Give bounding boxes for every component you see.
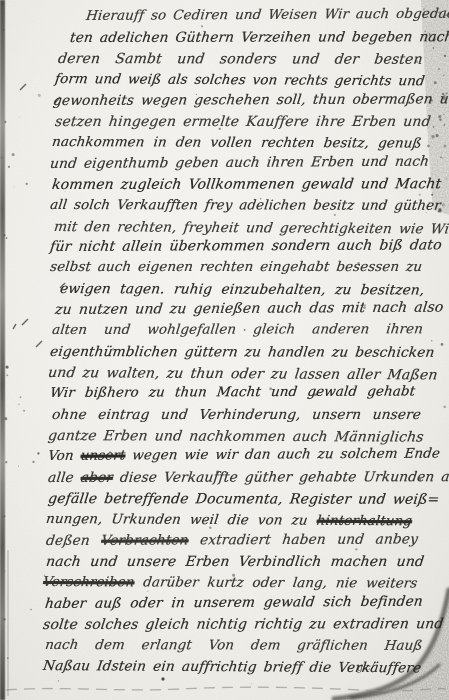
line-segment: all solch Verkaufften frey adelichen bes… [49, 198, 441, 214]
manuscript-line: Verschreiben darüber kurtz oder lang, ni… [42, 575, 418, 592]
manuscript-line: ten adelichen Güthern Verzeihen und bege… [69, 29, 449, 46]
manuscript-line: all solch Verkaufften frey adelichen bes… [49, 198, 441, 214]
line-segment: extradiert haben und anbey [188, 531, 419, 548]
line-segment: form und weiß als solches von rechts ger… [54, 72, 425, 89]
manuscript-line: Hierauff so Cediren und Weisen Wir auch … [85, 7, 449, 24]
manuscript-line: mit den rechten, freyheit und gerechtigk… [53, 219, 449, 238]
manuscript-line: Von unsert wegen wie wir dan auch zu sol… [47, 446, 441, 463]
manuscript-line: deren Sambt und sonders und der besten [57, 51, 423, 68]
manuscript-line: und eigenthumb geben auch ihren Erben un… [49, 153, 430, 171]
line-segment: deren Sambt und sonders und der besten [57, 51, 423, 68]
line-segment: ten adelichen Güthern Verzeihen und bege… [69, 29, 449, 46]
struck-word: Verschreiben [42, 575, 135, 590]
line-segment: gantze Erben und nachkommen auch Männigl… [47, 428, 425, 446]
manuscript-line: kommen zugleich Vollkommenen gewald und … [51, 176, 442, 193]
manuscript-line: solte solches gleich nichtig richtig zu … [42, 616, 444, 633]
line-segment: eigenthümblichen güttern zu handlen zu b… [49, 344, 435, 361]
manuscript-line: gewonheits wegen geschehen soll, thun ob… [52, 91, 449, 109]
manuscript-line: selbst auch eigenen rechten eingehabt be… [49, 260, 423, 275]
line-segment: setzen hingegen ermelte Kauffere ihre Er… [54, 114, 432, 130]
manuscript-text: Hierauff so Cediren und Weisen Wir auch … [0, 0, 449, 700]
line-segment: gewonheits wegen geschehen soll, thun ob… [52, 91, 449, 109]
line-segment: haber auß oder in unserem gewald sich be… [44, 593, 423, 611]
line-segment: wegen wie wir dan auch zu solchem Ende [124, 446, 440, 463]
line-segment: Wir bißhero zu thun Macht und gewald geh… [49, 385, 416, 402]
line-segment: nach dem erlangt Von dem gräflichen Hauß [44, 638, 423, 654]
manuscript-line: setzen hingegen ermelte Kauffere ihre Er… [54, 114, 432, 130]
manuscript-line: alle aber diese Verkauffte güther gehabt… [47, 469, 449, 486]
manuscript-line: nach und unsere Erben Verbindlich machen… [45, 554, 425, 570]
manuscript-line: ohne eintrag und Verhinderung, unsern un… [51, 407, 422, 423]
line-segment: und zu walten, zu thun oder zu lassen al… [47, 365, 438, 383]
line-segment: alle [47, 470, 82, 486]
line-segment: für nicht allein überkommen sondern auch… [49, 238, 443, 256]
line-segment: deßen [45, 533, 102, 549]
manuscript-line: gefälle betreffende Documenta, Register … [47, 491, 440, 508]
manuscript-line: form und weiß als solches von rechts ger… [54, 72, 425, 89]
manuscript-line: und zu walten, zu thun oder zu lassen al… [47, 365, 438, 383]
line-segment: Von [47, 449, 81, 464]
line-segment: mit den rechten, freyheit und gerechtigk… [53, 219, 449, 238]
line-segment: Hierauff so Cediren und Weisen Wir auch … [85, 7, 449, 24]
manuscript-line: zu nutzen und zu genießen auch das mit n… [54, 300, 444, 318]
manuscript-line: haber auß oder in unserem gewald sich be… [44, 593, 423, 611]
line-segment: nach und unsere Erben Verbindlich machen… [45, 554, 425, 570]
catchword-mark: ge:/ [357, 662, 374, 674]
line-segment: solte solches gleich nichtig richtig zu … [42, 616, 444, 633]
manuscript-page: Hierauff so Cediren und Weisen Wir auch … [0, 0, 449, 700]
manuscript-line: alten und wohlgefallen gleich anderen ih… [51, 322, 424, 338]
struck-word: hinterhaltung [316, 514, 413, 530]
line-segment: darüber kurtz oder lang, nie weiters [133, 575, 418, 591]
manuscript-line: gantze Erben und nachkommen auch Männigl… [47, 428, 425, 446]
line-segment: nachkommen in den vollen rechten besitz,… [51, 135, 422, 152]
line-segment: selbst auch eigenen rechten eingehabt be… [49, 260, 423, 275]
manuscript-line: nungen, Urkunden weil die von zu hinterh… [45, 512, 413, 529]
line-segment: ewigen tagen. ruhig einzubehalten, zu be… [59, 281, 425, 299]
manuscript-line: ewigen tagen. ruhig einzubehalten, zu be… [59, 281, 425, 299]
struck-word: unsert [80, 448, 126, 463]
line-segment: kommen zugleich Vollkommenen gewald und … [51, 176, 442, 193]
manuscript-line: für nicht allein überkommen sondern auch… [49, 238, 443, 256]
line-segment: zu nutzen und zu genießen auch das mit n… [54, 300, 444, 318]
line-segment: ohne eintrag und Verhinderung, unsern un… [51, 407, 422, 423]
struck-word: Verbrachten [100, 532, 189, 548]
manuscript-line: deßen Verbrachten extradiert haben und a… [45, 531, 419, 549]
line-segment: gefälle betreffende Documenta, Register … [47, 491, 440, 508]
line-segment: nungen, Urkunden weil die von zu [45, 512, 318, 529]
manuscript-line: Wir bißhero zu thun Macht und gewald geh… [49, 385, 416, 402]
manuscript-line: nach dem erlangt Von dem gräflichen Hauß [44, 638, 423, 654]
line-segment: und eigenthumb geben auch ihren Erben un… [49, 153, 430, 171]
line-segment: alten und wohlgefallen gleich anderen ih… [51, 322, 424, 338]
struck-word: aber [80, 470, 114, 486]
line-segment: diese Verkauffte güther gehabte Urkunden… [112, 469, 449, 486]
manuscript-line: nachkommen in den vollen rechten besitz,… [51, 135, 422, 152]
manuscript-line: eigenthümblichen güttern zu handlen zu b… [49, 344, 435, 361]
